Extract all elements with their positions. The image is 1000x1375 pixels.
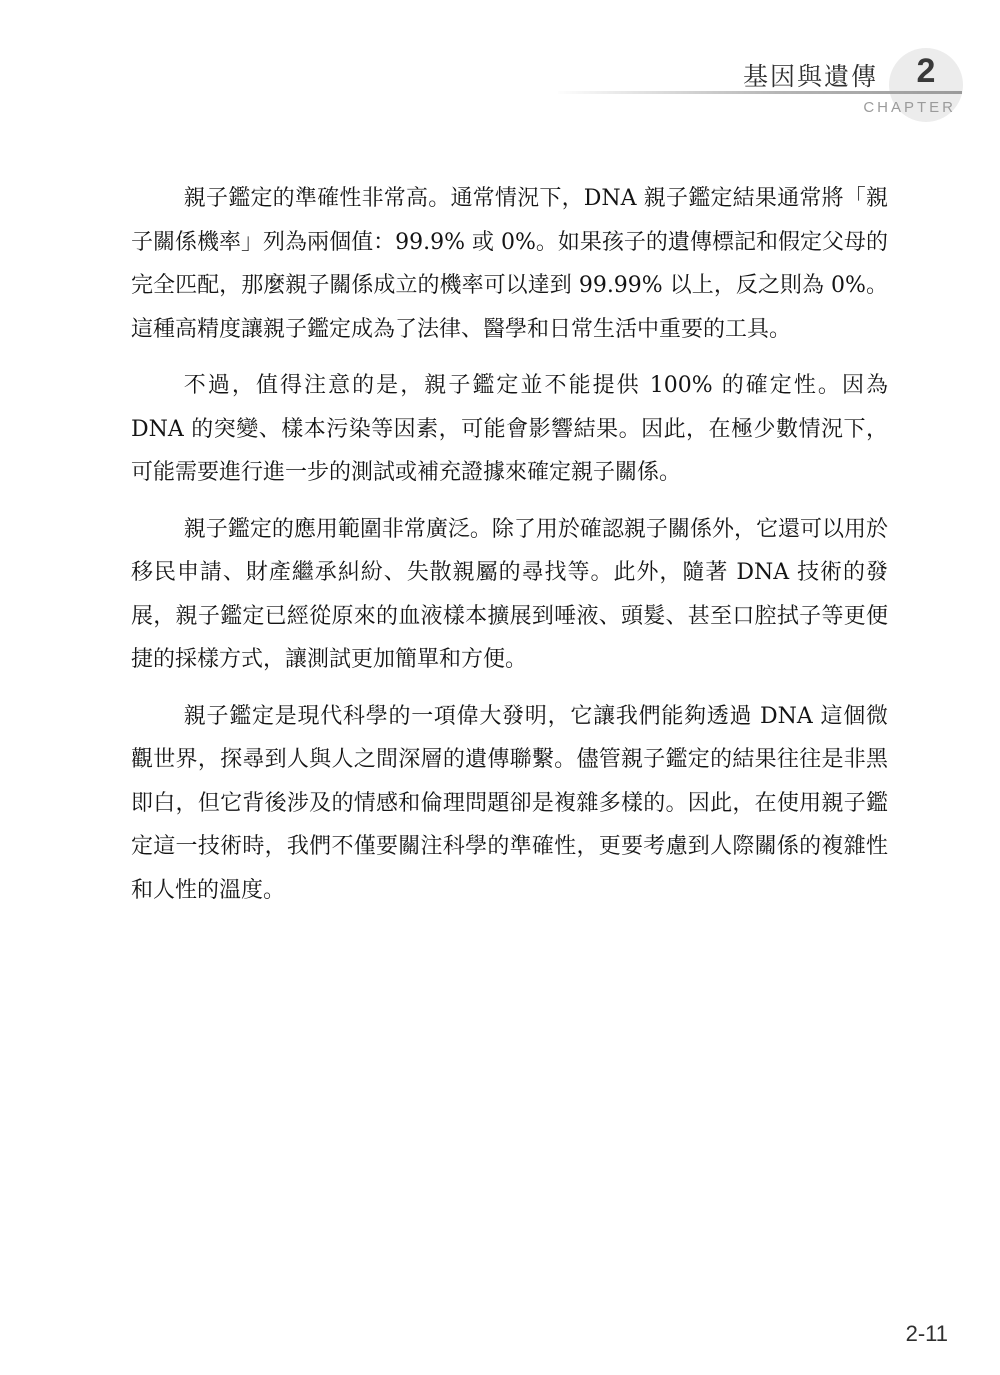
paragraph: 親子鑑定是現代科學的一項偉大發明，它讓我們能夠透過 DNA 這個微觀世界，探尋到… (131, 695, 888, 913)
paragraph: 不過，值得注意的是，親子鑑定並不能提供 100% 的確定性。因為 DNA 的突變… (131, 364, 888, 495)
body-text: 親子鑑定的準確性非常高。通常情況下，DNA 親子鑑定結果通常將「親子關係機率」列… (131, 177, 888, 925)
page-number: 2-11 (906, 1321, 948, 1347)
chapter-number: 2 (889, 52, 963, 91)
section-title: 基因與遺傳 (743, 57, 878, 93)
header-divider (558, 91, 962, 94)
paragraph: 親子鑑定的應用範圍非常廣泛。除了用於確認親子關係外，它還可以用於移民申請、財產繼… (131, 508, 888, 682)
chapter-label: CHAPTER (863, 99, 956, 116)
book-page: 基因與遺傳 2 CHAPTER 親子鑑定的準確性非常高。通常情況下，DNA 親子… (0, 0, 1000, 1375)
paragraph: 親子鑑定的準確性非常高。通常情況下，DNA 親子鑑定結果通常將「親子關係機率」列… (131, 177, 888, 351)
